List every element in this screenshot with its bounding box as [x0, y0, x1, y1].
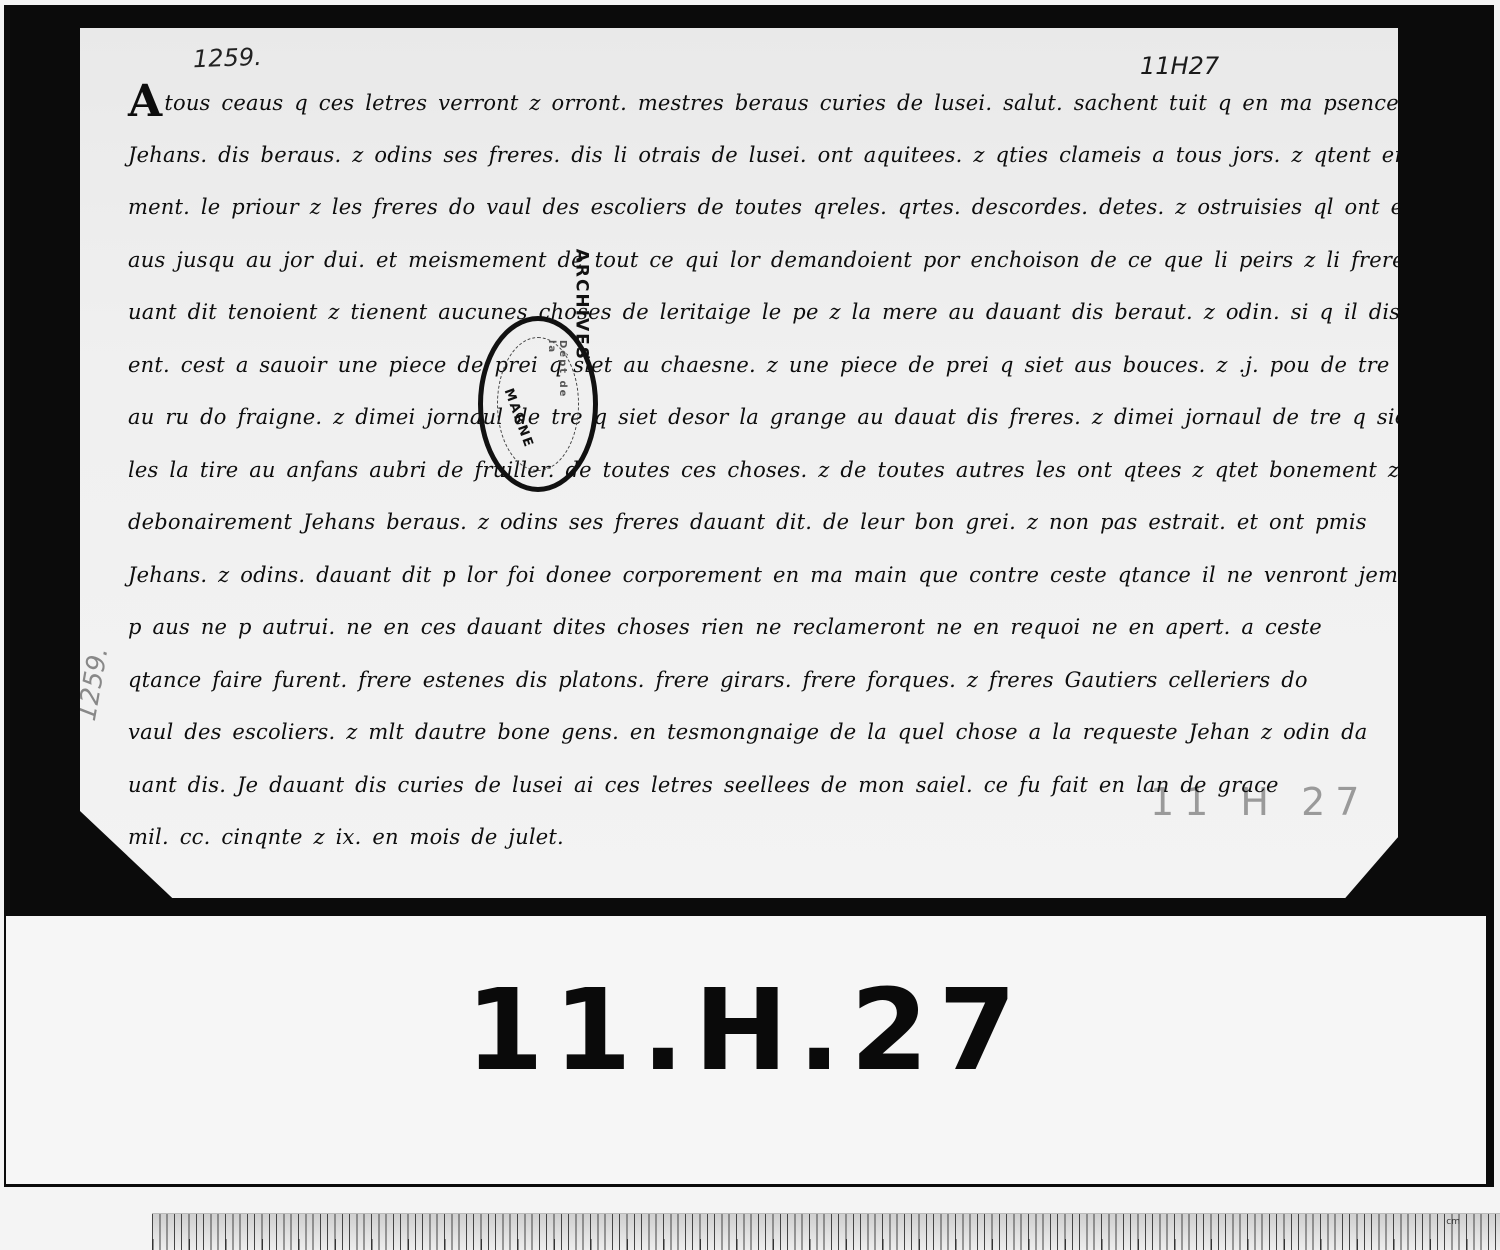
shelfmark-label: 11.H.27	[6, 966, 1486, 1096]
charter-line-9: debonairement Jehans beraus. z odins ses…	[128, 496, 1368, 549]
charter-line-3: ment. le priour z les freres do vaul des…	[128, 181, 1368, 234]
charter-line-7: au ru do fraigne. z dimei jornaul de tre…	[128, 391, 1368, 444]
charter-line-14: uant dis. Je dauant dis curies de lusei …	[128, 759, 1368, 812]
archive-year-note: 1259.	[193, 43, 263, 73]
charter-line-1: Atous ceaus q ces letres verront z orron…	[128, 76, 1368, 129]
ruler-major-ticks	[152, 1239, 1500, 1250]
charter-line-2: Jehans. dis beraus. z odins ses freres. …	[128, 129, 1368, 182]
charter-line-15: mil. cc. cinqnte z ix. en mois de julet.	[128, 811, 1368, 864]
charter-line-11: p aus ne p autrui. ne en ces dauant dite…	[128, 601, 1368, 654]
stamp-text-inner: Dépt de la	[546, 340, 568, 412]
charter-text: Atous ceaus q ces letres verront z orron…	[128, 76, 1368, 864]
archive-stamp: ARCHIVES Dépt de la MARNE	[478, 316, 598, 492]
charter-line-4: aus jusqu au jor dui. et meismement de t…	[128, 234, 1368, 287]
measurement-ruler: cm	[152, 1213, 1500, 1250]
stamp-text-archives: ARCHIVES	[571, 249, 591, 361]
charter-line-8: les la tire au anfans aubri de fruiller.…	[128, 444, 1368, 497]
charter-sheet: 1259. 11H27 1259. 11 H 27 Atous ceaus q …	[80, 28, 1398, 898]
shelfmark-label-card: 11.H.27	[6, 916, 1486, 1184]
ruler-unit-label: cm	[1446, 1217, 1460, 1227]
charter-line-5: uant dit tenoient z tienent aucunes chos…	[128, 286, 1368, 339]
charter-line-10: Jehans. z odins. dauant dit p lor foi do…	[128, 549, 1368, 602]
decorated-initial: A	[128, 76, 162, 127]
charter-line-12: qtance faire furent. frere estenes dis p…	[128, 654, 1368, 707]
charter-line-13: vaul des escoliers. z mlt dautre bone ge…	[128, 706, 1368, 759]
charter-line-6: ent. cest a sauoir une piece de prei q s…	[128, 339, 1368, 392]
